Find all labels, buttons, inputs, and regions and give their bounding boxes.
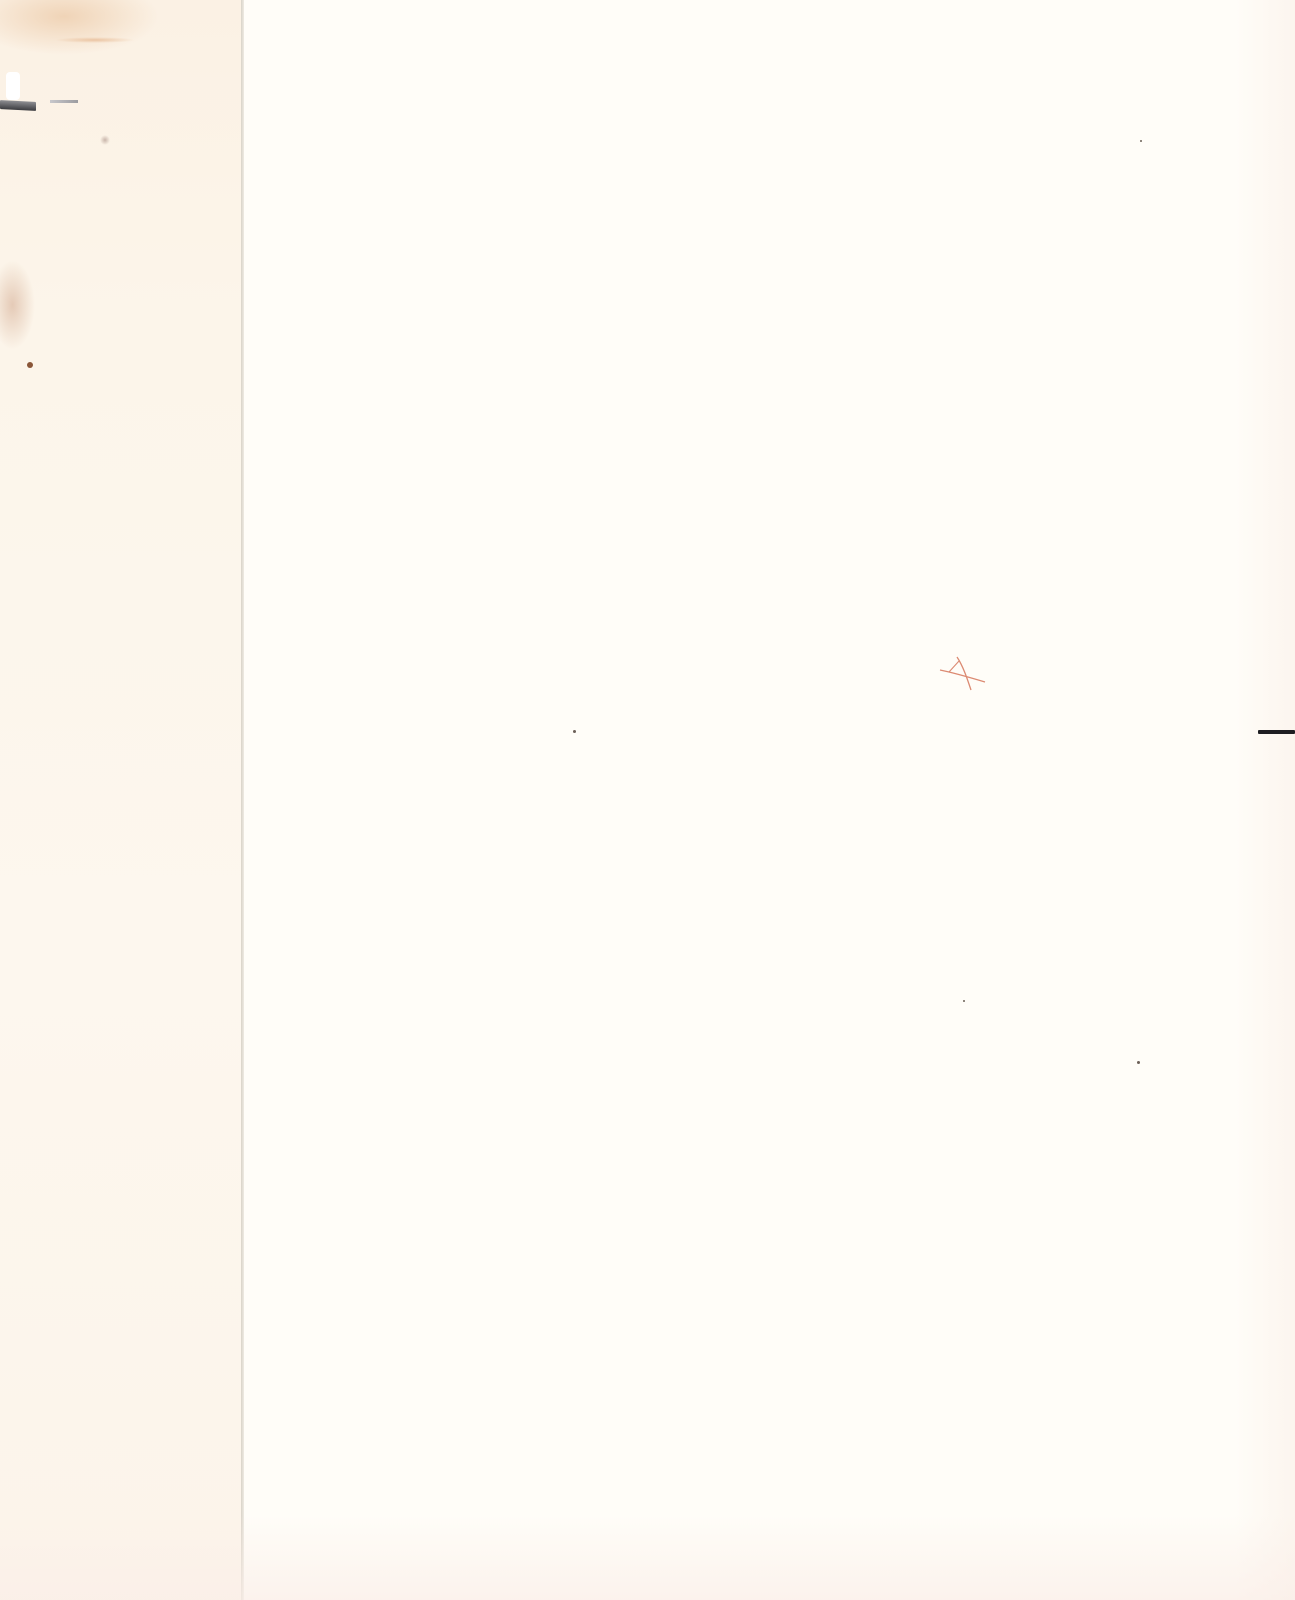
speck xyxy=(1140,140,1142,142)
document-page xyxy=(0,0,1295,1600)
ink-dash-mark xyxy=(1258,730,1295,734)
speck xyxy=(573,730,576,733)
age-stain-top xyxy=(0,0,160,55)
tape-residue-dash xyxy=(50,100,78,103)
age-stain-streak xyxy=(55,37,135,43)
speck xyxy=(963,1000,965,1002)
pencil-x-mark-icon xyxy=(935,652,990,697)
dust-specks xyxy=(100,135,110,145)
fold-line xyxy=(241,0,244,1600)
speck xyxy=(1137,1061,1140,1064)
age-stain-left xyxy=(0,260,35,350)
right-edge-shading xyxy=(1235,0,1295,1600)
tape-residue-mark xyxy=(0,100,36,111)
brown-spot xyxy=(27,362,33,368)
tape-residue-white xyxy=(6,72,20,100)
bottom-edge-shading xyxy=(0,1515,1295,1600)
left-margin-strip xyxy=(0,0,243,1600)
